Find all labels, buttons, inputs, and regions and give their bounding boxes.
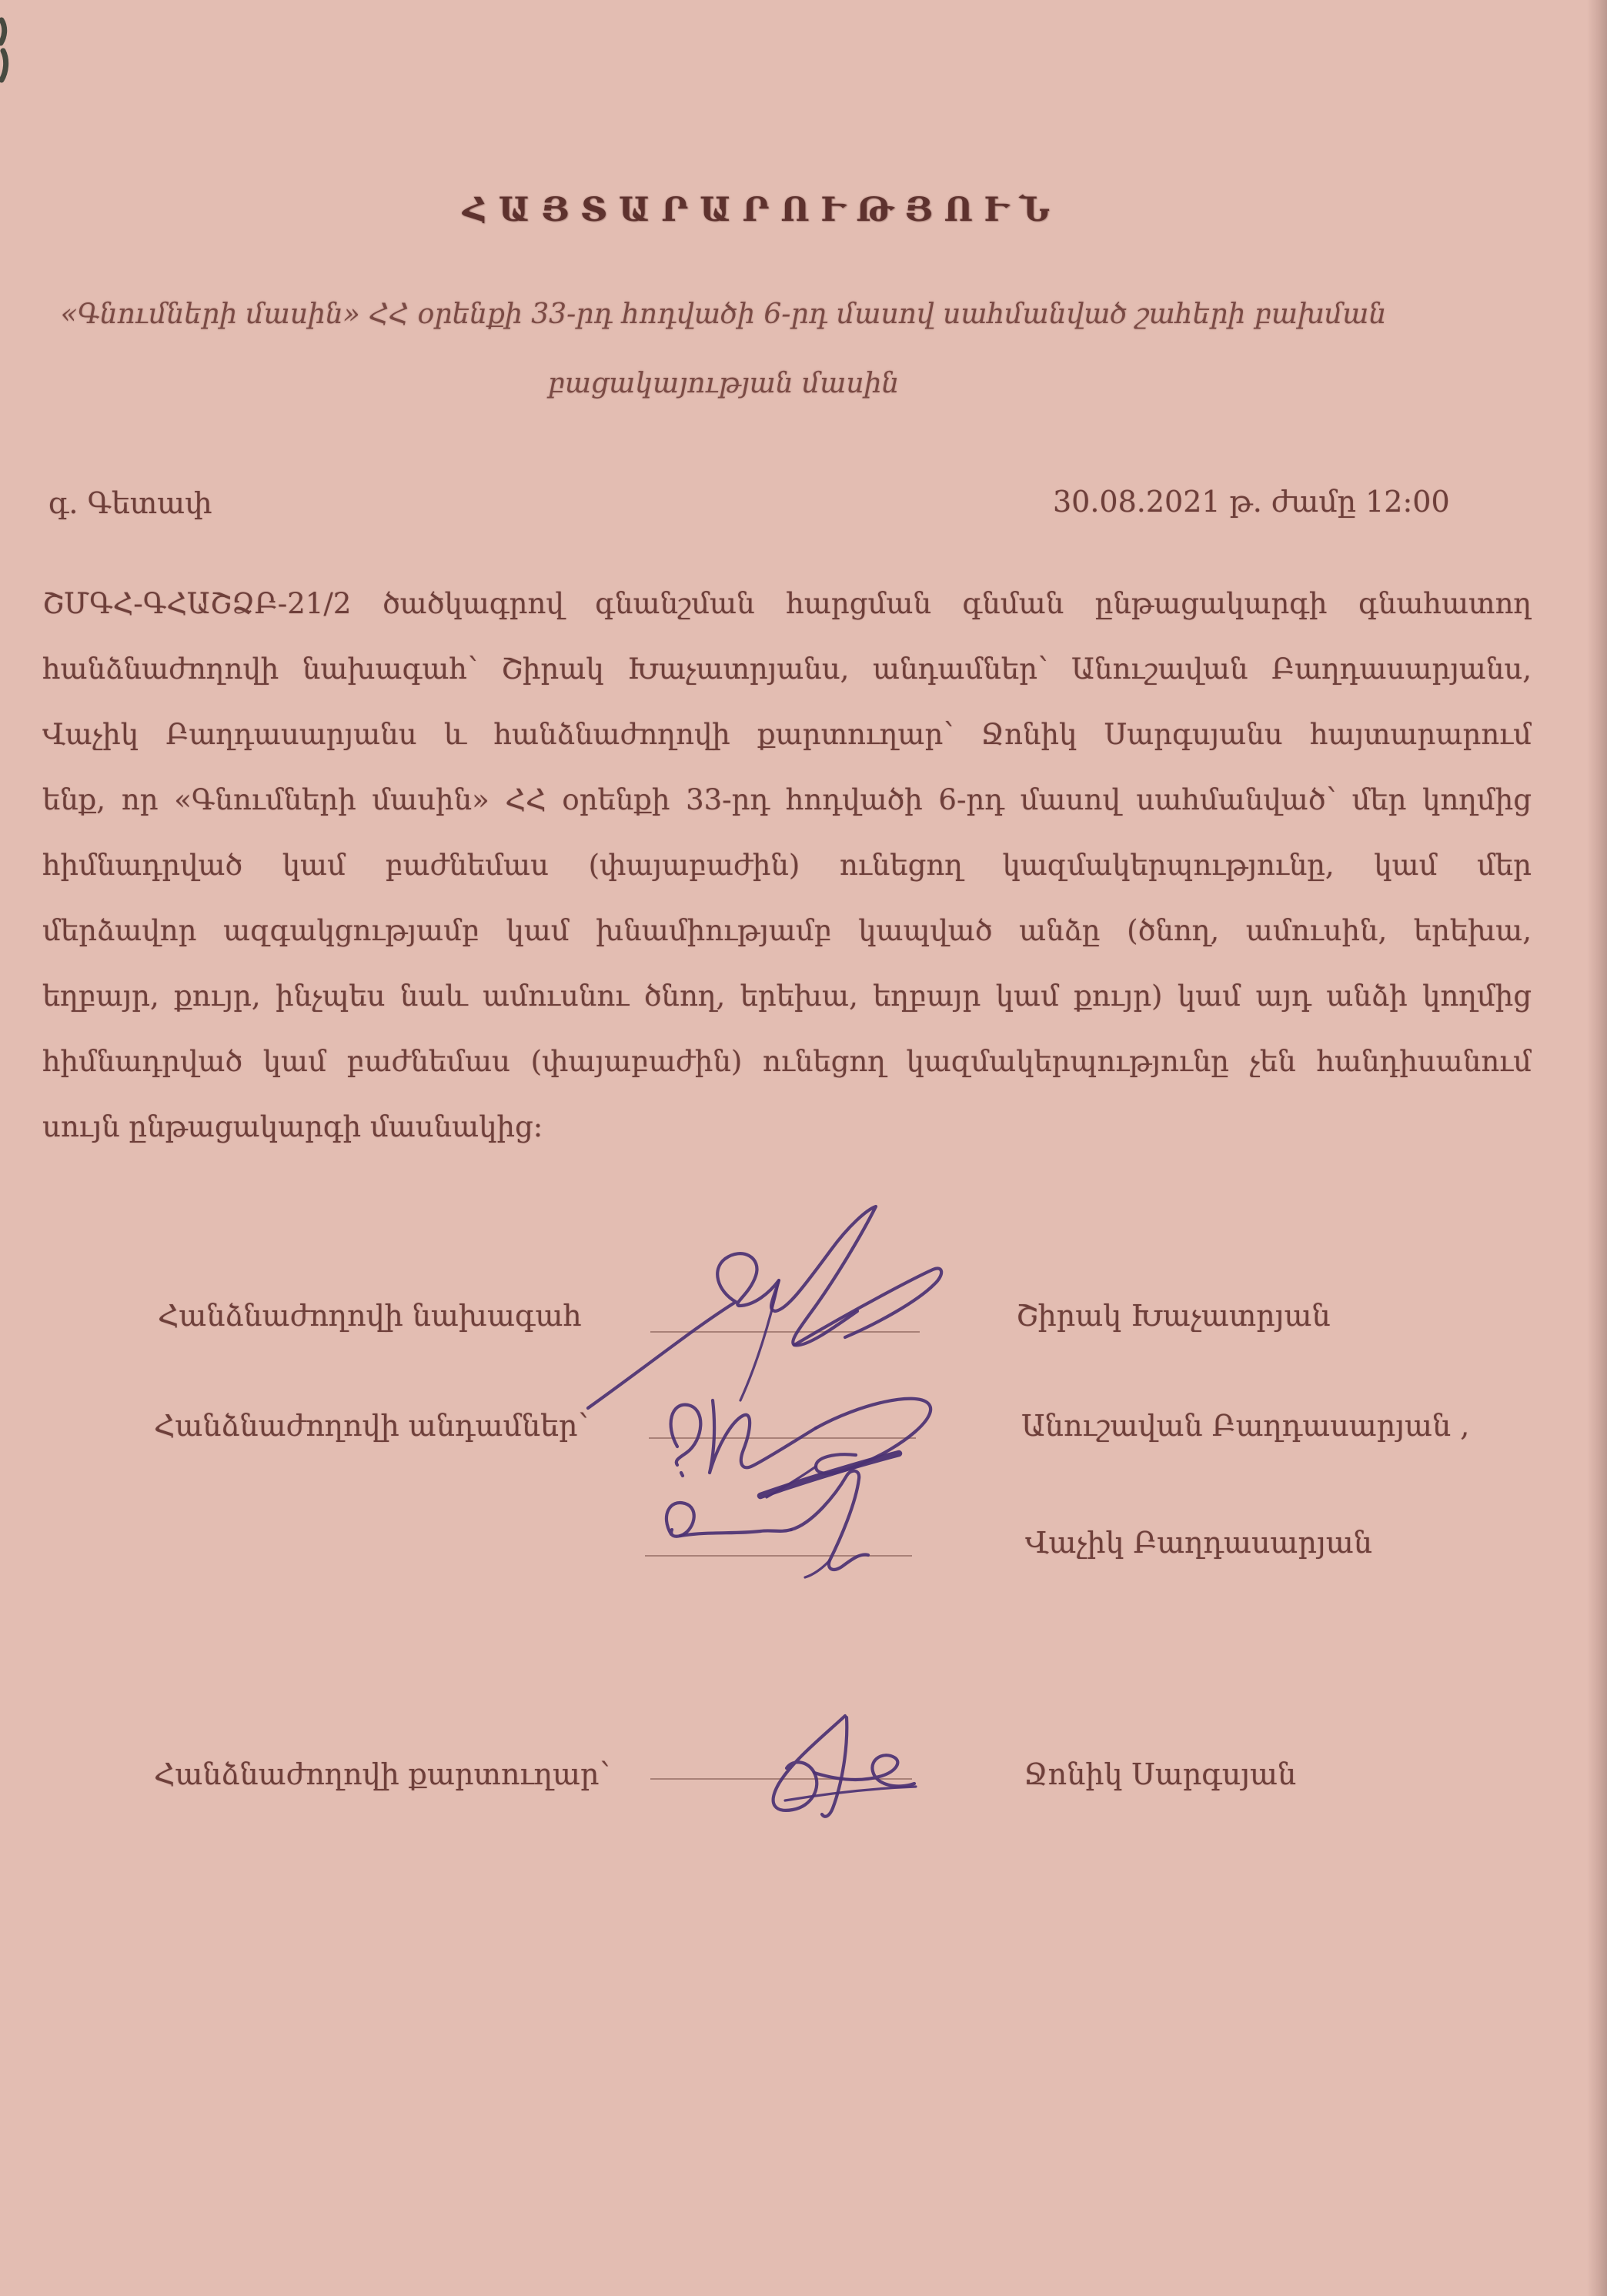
body-line: սույն ընթացակարգի մասնակից: bbox=[42, 1094, 1532, 1160]
signature-name-chairman: Շիրակ Խաչատրյան bbox=[1016, 1299, 1331, 1333]
signature-label-members: Հանձնաժողովի անդամներ՝ bbox=[154, 1409, 588, 1443]
body-line: Վաչիկ Բաղդասարյանս և հանձնաժողովի քարտու… bbox=[42, 702, 1532, 767]
body-line: հիմնադրված կամ բաժնեմաս (փայաբաժին) ունե… bbox=[42, 1029, 1532, 1094]
document-subtitle-line1: «Գնումների մասին» ՀՀ օրենքի 33-րդ հոդված… bbox=[0, 299, 1447, 330]
signature-ink-secretary bbox=[731, 1710, 924, 1821]
signature-label-secretary: Հանձնաժողովի քարտուղար՝ bbox=[154, 1757, 610, 1791]
body-line: հիմնադրված կամ բաժնեմաս (փայաբաժին) ունե… bbox=[42, 833, 1532, 898]
body-line: ենք, որ «Գնումների մասին» ՀՀ օրենքի 33-ր… bbox=[42, 767, 1532, 833]
edge-paper-fragment bbox=[0, 17, 17, 83]
date-time-label: 30.08.2021 թ. ժամը 12:00 bbox=[1053, 485, 1450, 519]
signature-ink-chairman bbox=[577, 1193, 947, 1412]
body-line: եղբայր, քույր, ինչպես նաև ամուսնու ծնող,… bbox=[42, 963, 1532, 1029]
scanned-declaration-page: ՀԱՅՏԱՐԱՐՈՒԹՅՈՒՆ «Գնումների մասին» ՀՀ օրե… bbox=[0, 0, 1607, 2296]
signature-label-chairman: Հանձնաժողովի նախագահ bbox=[158, 1299, 582, 1333]
photo-edge-shadow bbox=[1587, 0, 1607, 2296]
signature-name-member2: Վաչիկ Բաղդասարյան bbox=[1025, 1526, 1372, 1560]
signature-name-secretary: Ջոնիկ Սարգսյան bbox=[1024, 1757, 1296, 1791]
body-line: մերձավոր ազգակցությամբ կամ խնամիությամբ … bbox=[42, 898, 1532, 963]
place-label: գ. Գետափ bbox=[48, 486, 212, 520]
signature-ink-member2 bbox=[648, 1468, 948, 1580]
body-line: ՇՄԳՀ-ԳՀԱՇՁԲ-21/2 ծածկագրով գնանշման հարց… bbox=[42, 571, 1532, 636]
document-subtitle-line2: բացակայության մասին bbox=[0, 368, 1447, 399]
signature-name-member1: Անուշավան Բաղդասարյան , bbox=[1021, 1409, 1469, 1443]
declaration-body: ՇՄԳՀ-ԳՀԱՇՁԲ-21/2 ծածկագրով գնանշման հարց… bbox=[42, 571, 1532, 1160]
document-title: ՀԱՅՏԱՐԱՐՈՒԹՅՈՒՆ bbox=[0, 191, 1524, 229]
body-line: հանձնաժողովի նախագահ՝ Շիրակ Խաչատրյանս, … bbox=[42, 636, 1532, 702]
